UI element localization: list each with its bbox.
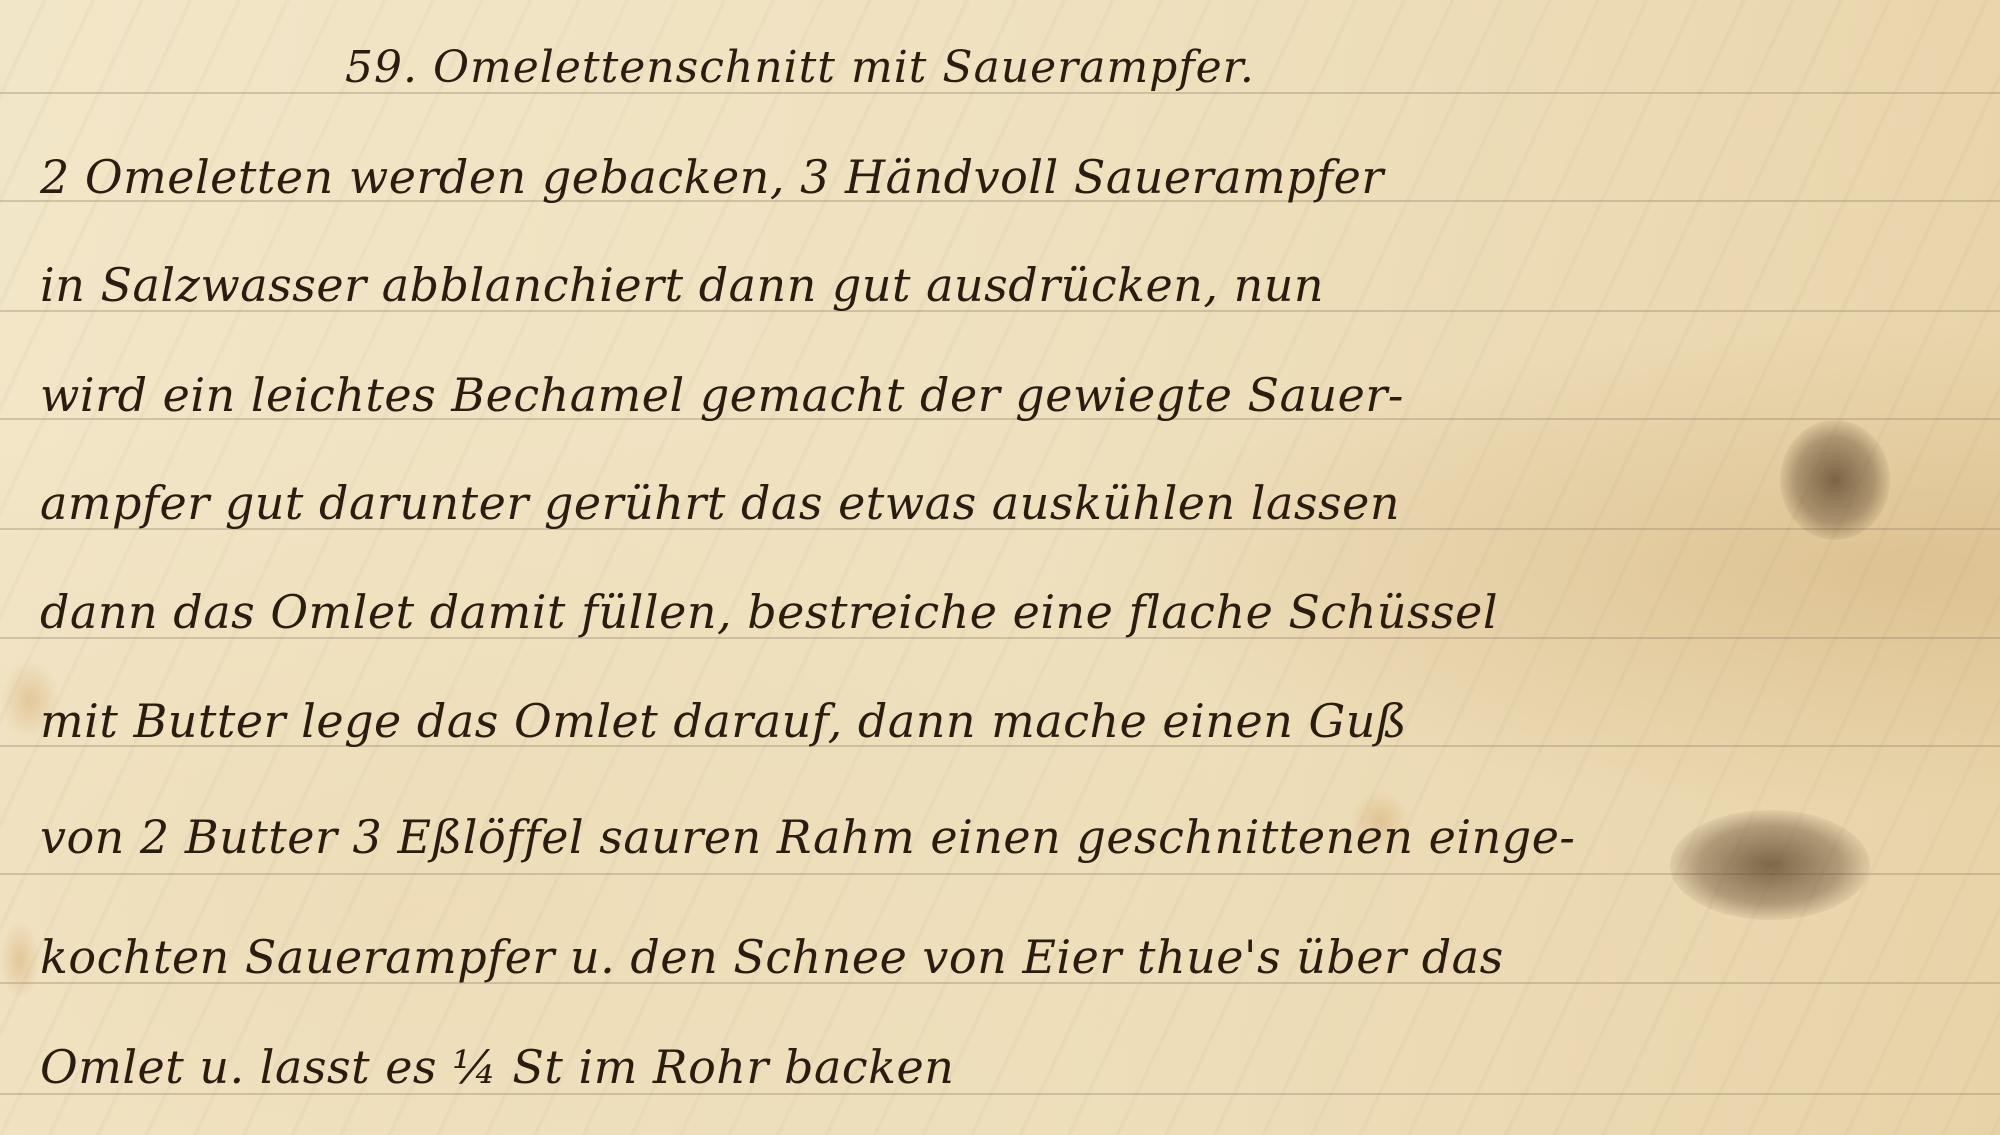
- text-line: dann das Omlet damit füllen, bestreiche …: [40, 585, 1498, 639]
- text-line: 2 Omeletten werden gebacken, 3 Händvoll …: [40, 150, 1384, 204]
- ink-stain: [1780, 420, 1890, 540]
- recipe-title: 59. Omelettenschnitt mit Sauerampfer.: [345, 42, 1255, 93]
- text-line: ampfer gut darunter gerührt das etwas au…: [40, 476, 1400, 530]
- text-line: kochten Sauerampfer u. den Schnee von Ei…: [40, 930, 1504, 984]
- text-line: in Salzwasser abblanchiert dann gut ausd…: [40, 258, 1324, 312]
- manuscript-page: 59. Omelettenschnitt mit Sauerampfer. 2 …: [0, 0, 2000, 1135]
- text-line: wird ein leichtes Bechamel gemacht der g…: [40, 368, 1404, 422]
- ink-stain: [1670, 810, 1870, 920]
- text-line: von 2 Butter 3 Eßlöffel sauren Rahm eine…: [40, 810, 1575, 864]
- text-line: mit Butter lege das Omlet darauf, dann m…: [40, 694, 1407, 748]
- text-line: Omlet u. lasst es ¼ St im Rohr backen: [40, 1040, 954, 1094]
- age-spot: [0, 920, 40, 1000]
